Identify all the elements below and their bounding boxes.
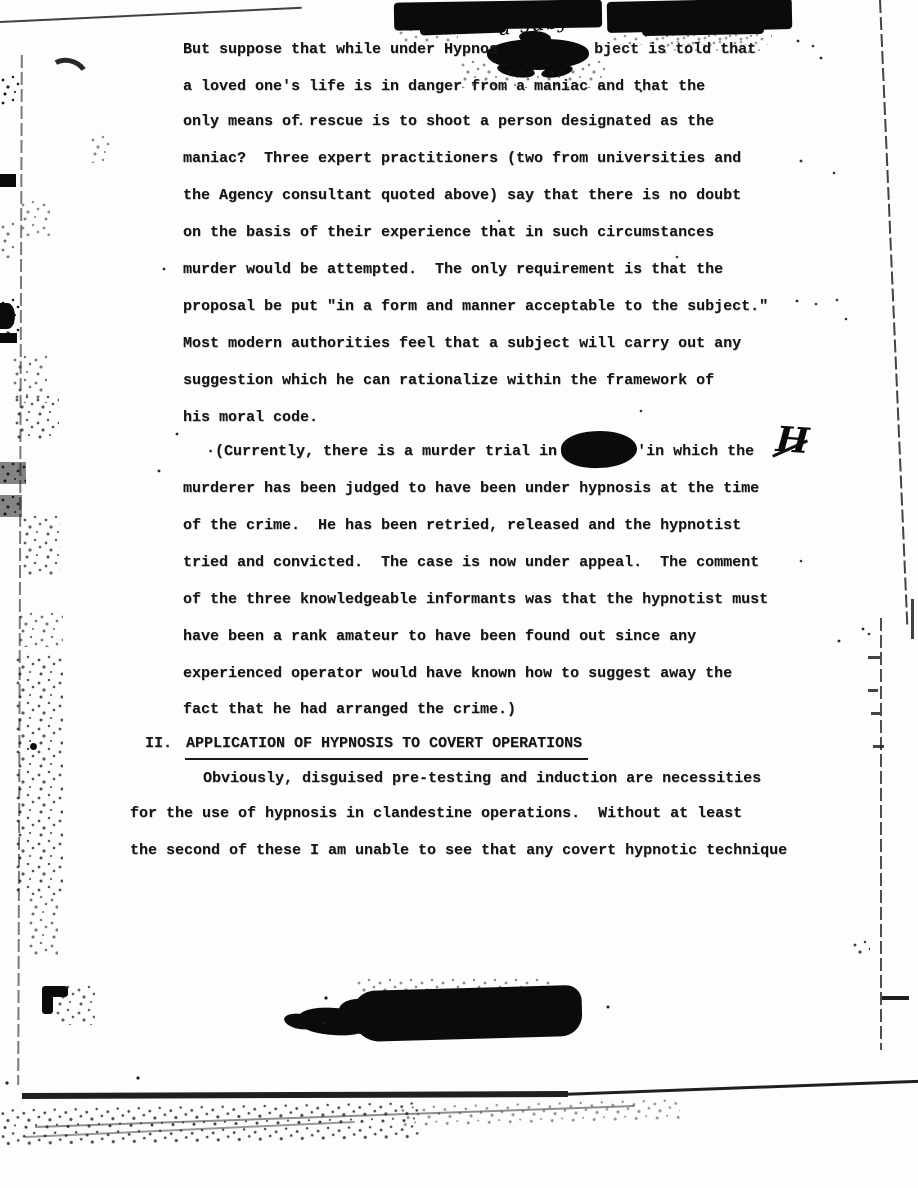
document-line: fact that he had arranged the crime.) bbox=[183, 699, 516, 721]
scan-noise bbox=[22, 515, 60, 577]
scan-noise bbox=[18, 612, 63, 647]
document-line: proposal be put "in a form and manner ac… bbox=[183, 296, 768, 318]
scan-blob bbox=[0, 303, 15, 329]
document-line: maniac? Three expert practitioners (two … bbox=[183, 148, 741, 170]
scan-tick-mark bbox=[868, 689, 878, 692]
scan-noise bbox=[15, 655, 63, 895]
scan-blob bbox=[0, 174, 16, 187]
scan-bottom-line-right bbox=[560, 1080, 918, 1096]
scan-noise bbox=[0, 462, 26, 484]
scan-noise bbox=[14, 395, 59, 440]
scan-blob bbox=[0, 333, 17, 343]
scan-noise bbox=[28, 895, 58, 955]
scan-noise bbox=[20, 200, 50, 236]
scan-edge-line-right-upper bbox=[879, 0, 908, 625]
scan-blob bbox=[42, 990, 53, 1014]
scan-noise bbox=[0, 495, 22, 517]
document-line: the second of these I am unable to see t… bbox=[130, 840, 787, 862]
line-text: ·(Currently, there is a murder trial in bbox=[206, 443, 557, 460]
scan-noise bbox=[90, 135, 112, 163]
document-line: But suppose that while under Hypnosbject… bbox=[183, 39, 756, 61]
scan-noise bbox=[0, 75, 20, 105]
scan-edge-line-right-lower bbox=[880, 618, 882, 1050]
document-line: for the use of hypnosis in clandestine o… bbox=[130, 803, 742, 825]
section-heading: II.APPLICATION OF HYPNOSIS TO COVERT OPE… bbox=[145, 733, 588, 760]
document-line: the Agency consultant quoted above) say … bbox=[183, 185, 741, 207]
scan-tick-mark bbox=[871, 712, 880, 715]
document-line: only means of rescue is to shoot a perso… bbox=[183, 111, 714, 133]
scan-edge-line-top-left bbox=[0, 7, 302, 23]
line-text: But suppose that while under Hypnos bbox=[183, 41, 498, 58]
scan-edge-mark-right bbox=[911, 599, 914, 639]
document-line: a loved one's life is in danger from a m… bbox=[183, 76, 705, 98]
document-line: tried and convicted. The case is now und… bbox=[183, 552, 759, 574]
document-line: his moral code. bbox=[183, 407, 318, 429]
scan-tick-mark bbox=[868, 656, 880, 659]
scan-tick-mark bbox=[873, 745, 884, 748]
scanned-document-page: a subject But suppose that while under H… bbox=[0, 0, 918, 1188]
scan-arc-mark-top-left bbox=[41, 53, 93, 101]
line-text: bject is told that bbox=[594, 41, 756, 58]
scan-bottom-line bbox=[22, 1091, 568, 1098]
document-line: have been a rank amateur to have been fo… bbox=[183, 626, 696, 648]
document-line: suggestion which he can rationalize with… bbox=[183, 370, 714, 392]
document-line: Most modern authorities feel that a subj… bbox=[183, 333, 741, 355]
scan-specks bbox=[0, 0, 2, 2]
section-title: APPLICATION OF HYPNOSIS TO COVERT OPERAT… bbox=[185, 733, 588, 760]
section-number: II. bbox=[145, 733, 172, 755]
scan-noise bbox=[0, 222, 14, 258]
document-line: Obviously, disguised pre-testing and ind… bbox=[203, 768, 761, 790]
redaction-blob-trial-location bbox=[560, 429, 638, 469]
scan-bracket-mark-right bbox=[882, 996, 909, 1000]
scan-noise bbox=[852, 940, 870, 954]
document-line: murderer has been judged to have been un… bbox=[183, 478, 759, 500]
document-line: ·(Currently, there is a murder trial in'… bbox=[206, 441, 754, 463]
document-line: of the crime. He has been retried, relea… bbox=[183, 515, 741, 537]
document-line: on the basis of their experience that in… bbox=[183, 222, 714, 244]
document-line: of the three knowledgeable informants wa… bbox=[183, 589, 768, 611]
line-text: 'in which the bbox=[637, 443, 754, 460]
document-line: murder would be attempted. The only requ… bbox=[183, 259, 723, 281]
scan-blob bbox=[30, 743, 37, 750]
document-line: experienced operator would have known ho… bbox=[183, 663, 732, 685]
